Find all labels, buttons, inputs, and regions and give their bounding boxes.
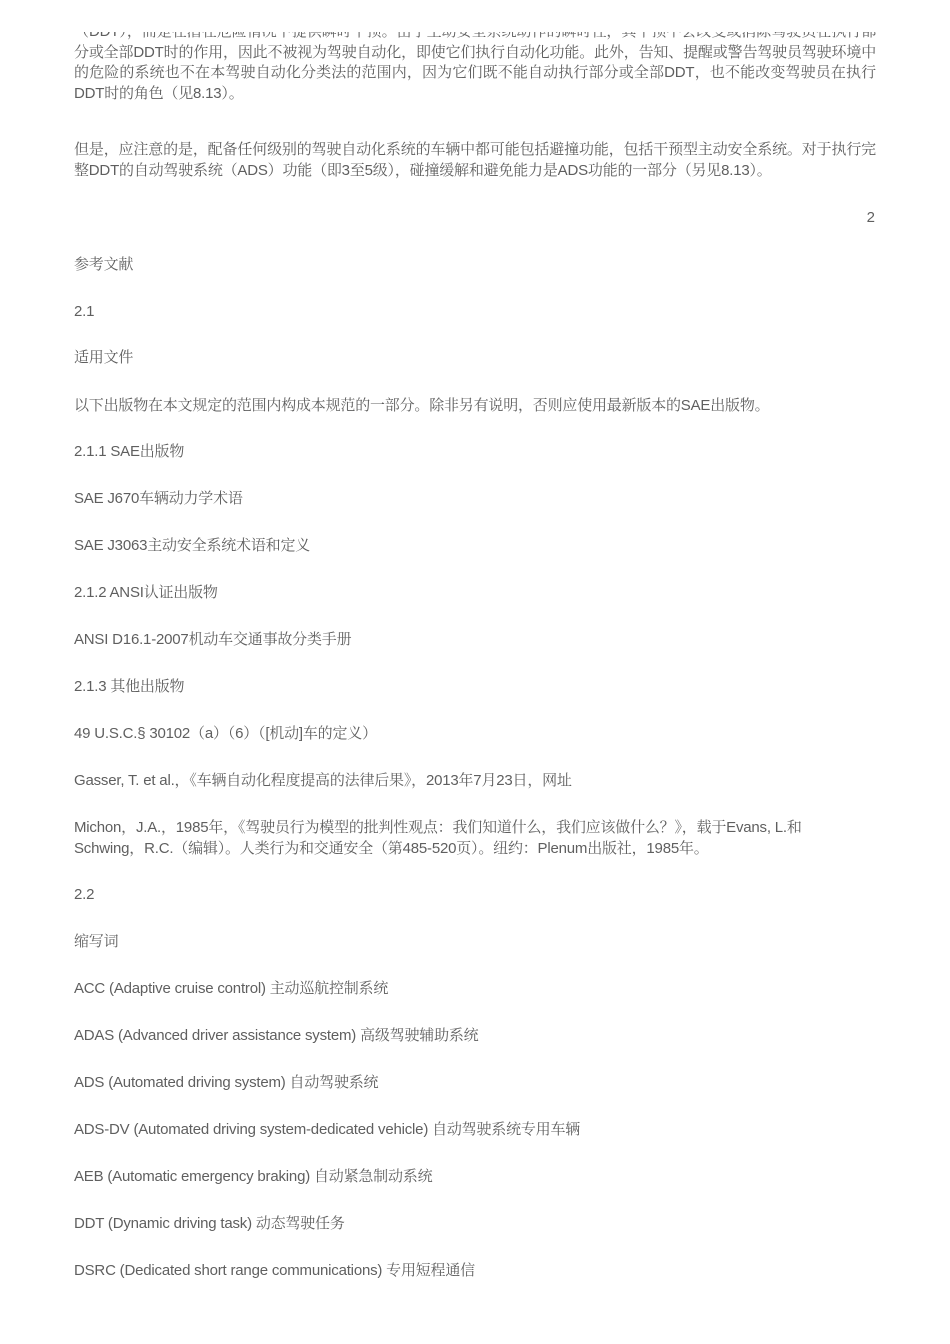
abbreviation-item: ADAS (Advanced driver assistance system)… [74,1026,478,1046]
intro-paragraph: （DDT），而是在潜在危险情况下提供瞬时干预。由于主动安全系统动作的瞬时性，其干… [74,22,876,104]
section-title-references: 参考文献 [74,255,133,275]
subsection-ansi-publications: 2.1.2 ANSI认证出版物 [74,583,218,603]
subsection-sae-publications: 2.1.1 SAE出版物 [74,442,184,462]
document-page: （DDT），而是在潜在危险情况下提供瞬时干预。由于主动安全系统动作的瞬时性，其干… [0,0,950,1344]
abbreviation-item: DSRC (Dedicated short range communicatio… [74,1261,475,1281]
reference-item: Michon，J.A.，1985年，《驾驶员行为模型的批判性观点：我们知道什么，… [74,818,854,859]
subsection-other-publications: 2.1.3 其他出版物 [74,677,184,697]
abbreviation-item: AEB (Automatic emergency braking) 自动紧急制动… [74,1167,432,1187]
reference-item: 49 U.S.C.§ 30102（a）（6）（[机动]车的定义） [74,724,377,744]
reference-item: SAE J670车辆动力学术语 [74,489,243,509]
section-title-applicable-documents: 适用文件 [74,348,133,368]
reference-item: Gasser, T. et al.，《车辆自动化程度提高的法律后果》，2013年… [74,771,572,791]
abbreviation-item: ADS-DV (Automated driving system-dedicat… [74,1120,580,1140]
section-2-1-text: 以下出版物在本文规定的范围内构成本规范的一部分。除非另有说明，否则应使用最新版本… [74,396,769,416]
abbreviation-item: DDT (Dynamic driving task) 动态驾驶任务 [74,1214,345,1234]
section-title-abbreviations: 缩写词 [74,932,118,952]
reference-item: ANSI D16.1-2007机动车交通事故分类手册 [74,630,351,650]
section-number-2-1: 2.1 [74,302,94,322]
section-number-2-2: 2.2 [74,885,94,905]
note-paragraph: 但是，应注意的是，配备任何级别的驾驶自动化系统的车辆中都可能包括避撞功能，包括干… [74,140,876,181]
page-number: 2 [867,208,875,228]
abbreviation-item: ACC (Adaptive cruise control) 主动巡航控制系统 [74,979,388,999]
reference-item: SAE J3063主动安全系统术语和定义 [74,536,310,556]
top-clip-edge [0,0,950,32]
abbreviation-item: ADS (Automated driving system) 自动驾驶系统 [74,1073,378,1093]
